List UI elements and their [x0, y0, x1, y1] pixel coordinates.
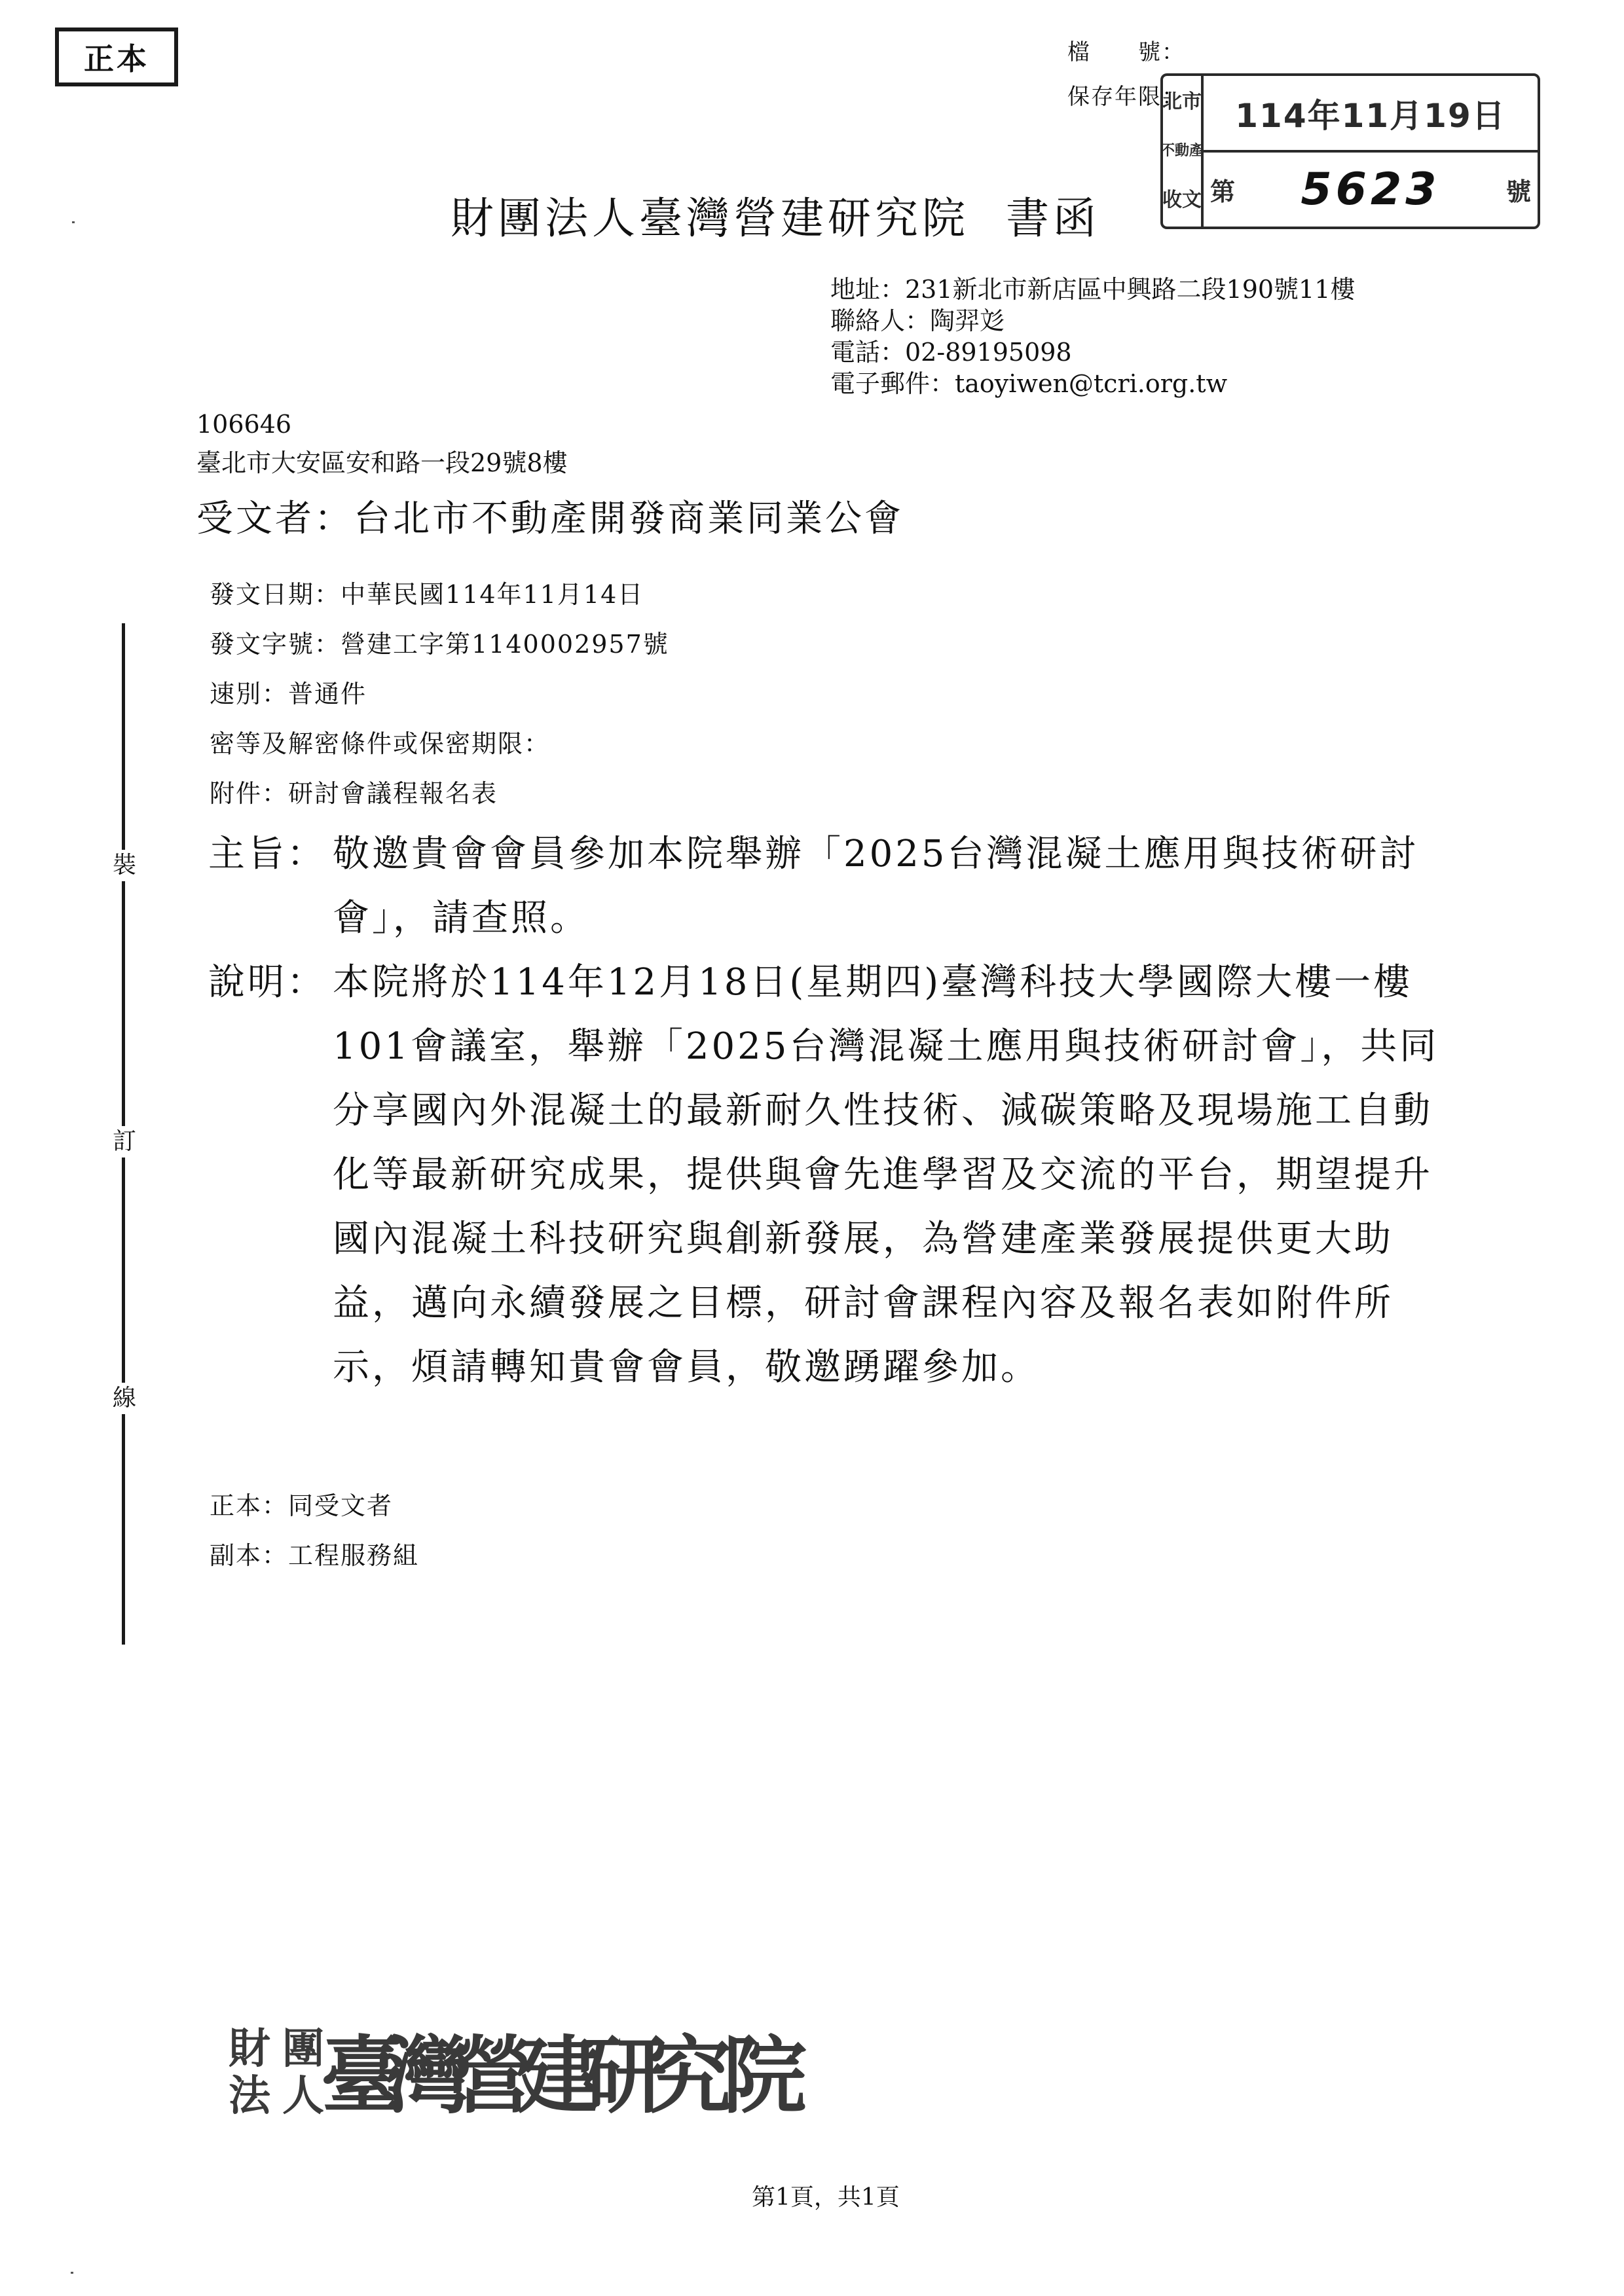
stamp-number-suffix: 號	[1506, 172, 1531, 208]
stamp-handwritten-number: 5623	[1301, 164, 1440, 215]
field-label: 發文字號：	[210, 630, 341, 659]
stamp-office: 北市 不動產 收文	[1163, 76, 1204, 227]
binding-char: 裝	[110, 850, 139, 881]
explanation-text: 本院將於114年12月18日(星期四)臺灣科技大學國際大樓一樓101會議室，舉辦…	[333, 951, 1452, 1400]
organization-name: 財團法人臺灣營建研究院	[451, 193, 969, 244]
field-value: 普通件	[288, 680, 367, 708]
copy-type-box: 正本	[55, 27, 178, 86]
copy-type-label: 正本	[84, 35, 149, 79]
field-value: 研討會議程報名表	[288, 779, 498, 808]
seal-char: 究	[657, 2022, 723, 2116]
document-fields: 發文日期：中華民國114年11月14日 發文字號：營建工字第1140002957…	[210, 570, 669, 818]
file-number: 檔 號：	[1067, 34, 1185, 66]
distribution-value: 工程服務組	[288, 1541, 419, 1570]
binding-char: 線	[110, 1383, 139, 1414]
document-body: 主旨： 敬邀貴會會員參加本院舉辦「2025台灣混凝土應用與技術研討會」，請查照。…	[208, 822, 1452, 1400]
field-label: 速別：	[210, 680, 288, 708]
field-label: 附件：	[210, 779, 288, 808]
field-label: 發文日期：	[210, 580, 341, 609]
explanation-label: 說明：	[208, 951, 333, 1400]
distribution: 正本：同受文者 副本：工程服務組	[210, 1481, 419, 1580]
field-confidentiality: 密等及解密條件或保密期限：	[210, 719, 669, 769]
stamp-date: 114年11月19日	[1204, 76, 1538, 153]
distribution-value: 同受文者	[288, 1491, 393, 1520]
field-speed: 速別：普通件	[210, 669, 669, 719]
seal-char: 灣	[396, 2022, 461, 2116]
sender-email: 電子郵件：taoyiwen@tcri.org.tw	[830, 368, 1355, 399]
field-label: 密等及解密條件或保密期限：	[210, 729, 550, 758]
field-issue-date: 發文日期：中華民國114年11月14日	[210, 570, 669, 619]
organization-seal: 財 團 法 人 臺 灣 營 建 研 究 院	[223, 2022, 807, 2116]
seal-char: 營	[461, 2022, 526, 2116]
scan-speck	[71, 2272, 73, 2274]
subject-label: 主旨：	[208, 822, 333, 951]
field-value: 營建工字第1140002957號	[341, 630, 669, 659]
stamp-office-line: 不動產	[1160, 144, 1204, 158]
field-value: 中華民國114年11月14日	[341, 580, 644, 609]
field-attachment: 附件：研討會議程報名表	[210, 769, 669, 818]
stamp-number-prefix: 第	[1210, 172, 1235, 208]
page-number: 第1頁，共1頁	[752, 2179, 900, 2212]
recipient-name: 台北市不動產開發商業同業公會	[354, 498, 904, 540]
stamp-office-line: 收文	[1162, 191, 1202, 210]
distribution-original: 正本：同受文者	[210, 1481, 419, 1531]
scan-speck	[72, 221, 75, 223]
seal-char: 研	[592, 2022, 657, 2116]
document-type: 書函	[1006, 193, 1100, 244]
distribution-copy: 副本：工程服務組	[210, 1531, 419, 1580]
subject-paragraph: 主旨： 敬邀貴會會員參加本院舉辦「2025台灣混凝土應用與技術研討會」，請查照。	[208, 822, 1452, 951]
distribution-label: 副本：	[210, 1541, 288, 1570]
file-number-label: 檔 號：	[1067, 39, 1185, 65]
recipient: 受文者：台北市不動產開發商業同業公會	[196, 490, 904, 542]
receipt-stamp: 北市 不動產 收文 114年11月19日 第 5623 號	[1160, 73, 1540, 229]
explanation-paragraph: 說明： 本院將於114年12月18日(星期四)臺灣科技大學國際大樓一樓101會議…	[208, 951, 1452, 1400]
distribution-label: 正本：	[210, 1491, 288, 1520]
seal-char: 院	[723, 2022, 807, 2116]
stamp-office-line: 北市	[1162, 92, 1202, 112]
recipient-zip: 106646	[196, 410, 291, 439]
field-doc-number: 發文字號：營建工字第1140002957號	[210, 619, 669, 669]
subject-text: 敬邀貴會會員參加本院舉辦「2025台灣混凝土應用與技術研討會」，請查照。	[333, 822, 1452, 951]
sender-info: 地址：231新北市新店區中興路二段190號11樓 聯絡人：陶羿彣 電話：02-8…	[830, 274, 1355, 399]
sender-contact: 聯絡人：陶羿彣	[830, 305, 1355, 337]
document-title: 財團法人臺灣營建研究院書函	[451, 183, 1100, 246]
recipient-address: 臺北市大安區安和路一段29號8樓	[196, 443, 568, 479]
sender-phone: 電話：02-89195098	[830, 337, 1355, 368]
recipient-label: 受文者：	[196, 498, 354, 540]
seal-char: 法	[223, 2069, 276, 2116]
seal-char: 臺	[330, 2022, 396, 2116]
binding-char: 訂	[110, 1126, 139, 1157]
seal-char: 建	[526, 2022, 592, 2116]
sender-address: 地址：231新北市新店區中興路二段190號11樓	[830, 274, 1355, 305]
stamp-number-row: 第 5623 號	[1204, 153, 1538, 227]
